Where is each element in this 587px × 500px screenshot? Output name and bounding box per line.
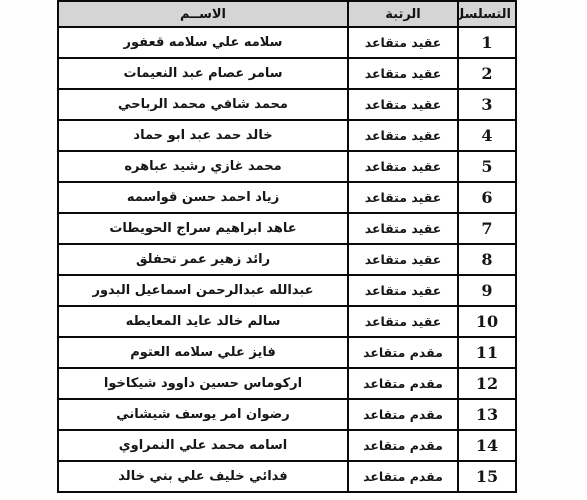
table-row: 13 مقدم متقاعد رضوان امر يوسف شيشاني xyxy=(58,399,516,430)
cell-name: سامر عصام عبد النعيمات xyxy=(58,58,348,89)
cell-serial: 9 xyxy=(458,275,516,306)
cell-serial: 10 xyxy=(458,306,516,337)
cell-rank: عقيد متقاعد xyxy=(348,306,458,337)
cell-serial: 1 xyxy=(458,27,516,58)
table-row: 4 عقيد متقاعد خالد حمد عبد ابو حماد xyxy=(58,120,516,151)
header-row: التسلسل الرتبة الاســم xyxy=(58,1,516,27)
cell-serial: 13 xyxy=(458,399,516,430)
cell-rank: عقيد متقاعد xyxy=(348,244,458,275)
cell-serial: 2 xyxy=(458,58,516,89)
cell-name: محمد غازي رشيد عباهره xyxy=(58,151,348,182)
cell-name: رائد زهير عمر تحفلق xyxy=(58,244,348,275)
table-row: 7 عقيد متقاعد عاهد ابراهيم سراج الحويطات xyxy=(58,213,516,244)
cell-serial: 5 xyxy=(458,151,516,182)
table-row: 2 عقيد متقاعد سامر عصام عبد النعيمات xyxy=(58,58,516,89)
cell-serial: 15 xyxy=(458,461,516,492)
cell-rank: عقيد متقاعد xyxy=(348,120,458,151)
cell-rank: عقيد متقاعد xyxy=(348,182,458,213)
cell-rank: عقيد متقاعد xyxy=(348,213,458,244)
table-row: 11 مقدم متقاعد فايز علي سلامه العتوم xyxy=(58,337,516,368)
retired-officers-table: التسلسل الرتبة الاســم 1 عقيد متقاعد سلا… xyxy=(57,0,517,493)
header-serial: التسلسل xyxy=(458,1,516,27)
table-body: 1 عقيد متقاعد سلامه علي سلامه قعفور 2 عق… xyxy=(58,27,516,492)
cell-name: خالد حمد عبد ابو حماد xyxy=(58,120,348,151)
cell-rank: عقيد متقاعد xyxy=(348,58,458,89)
cell-rank: مقدم متقاعد xyxy=(348,461,458,492)
cell-name: سالم خالد عايد المعايطه xyxy=(58,306,348,337)
table-row: 6 عقيد متقاعد زياد احمد حسن قواسمه xyxy=(58,182,516,213)
cell-serial: 7 xyxy=(458,213,516,244)
cell-name: اركوماس حسين داوود شيكاخوا xyxy=(58,368,348,399)
cell-serial: 3 xyxy=(458,89,516,120)
cell-serial: 12 xyxy=(458,368,516,399)
cell-rank: مقدم متقاعد xyxy=(348,368,458,399)
cell-name: رضوان امر يوسف شيشاني xyxy=(58,399,348,430)
cell-rank: عقيد متقاعد xyxy=(348,27,458,58)
cell-rank: مقدم متقاعد xyxy=(348,399,458,430)
cell-serial: 4 xyxy=(458,120,516,151)
cell-serial: 8 xyxy=(458,244,516,275)
table-header: التسلسل الرتبة الاســم xyxy=(58,1,516,27)
table-row: 12 مقدم متقاعد اركوماس حسين داوود شيكاخو… xyxy=(58,368,516,399)
cell-rank: مقدم متقاعد xyxy=(348,430,458,461)
document-page: التسلسل الرتبة الاســم 1 عقيد متقاعد سلا… xyxy=(0,0,587,500)
cell-serial: 14 xyxy=(458,430,516,461)
header-rank: الرتبة xyxy=(348,1,458,27)
table-row: 14 مقدم متقاعد اسامه محمد علي النمراوي xyxy=(58,430,516,461)
cell-name: عاهد ابراهيم سراج الحويطات xyxy=(58,213,348,244)
table-row: 15 مقدم متقاعد فدائي خليف علي بني خالد xyxy=(58,461,516,492)
cell-name: فدائي خليف علي بني خالد xyxy=(58,461,348,492)
cell-rank: عقيد متقاعد xyxy=(348,275,458,306)
table-row: 1 عقيد متقاعد سلامه علي سلامه قعفور xyxy=(58,27,516,58)
table-row: 8 عقيد متقاعد رائد زهير عمر تحفلق xyxy=(58,244,516,275)
table-row: 3 عقيد متقاعد محمد شافي محمد الرباحي xyxy=(58,89,516,120)
table-row: 10 عقيد متقاعد سالم خالد عايد المعايطه xyxy=(58,306,516,337)
cell-name: فايز علي سلامه العتوم xyxy=(58,337,348,368)
cell-rank: عقيد متقاعد xyxy=(348,89,458,120)
cell-name: اسامه محمد علي النمراوي xyxy=(58,430,348,461)
header-name: الاســم xyxy=(58,1,348,27)
cell-name: محمد شافي محمد الرباحي xyxy=(58,89,348,120)
table-row: 5 عقيد متقاعد محمد غازي رشيد عباهره xyxy=(58,151,516,182)
cell-serial: 11 xyxy=(458,337,516,368)
cell-name: زياد احمد حسن قواسمه xyxy=(58,182,348,213)
cell-serial: 6 xyxy=(458,182,516,213)
table-row: 9 عقيد متقاعد عبدالله عبدالرحمن اسماعيل … xyxy=(58,275,516,306)
cell-name: عبدالله عبدالرحمن اسماعيل البدور xyxy=(58,275,348,306)
cell-rank: مقدم متقاعد xyxy=(348,337,458,368)
cell-name: سلامه علي سلامه قعفور xyxy=(58,27,348,58)
cell-rank: عقيد متقاعد xyxy=(348,151,458,182)
